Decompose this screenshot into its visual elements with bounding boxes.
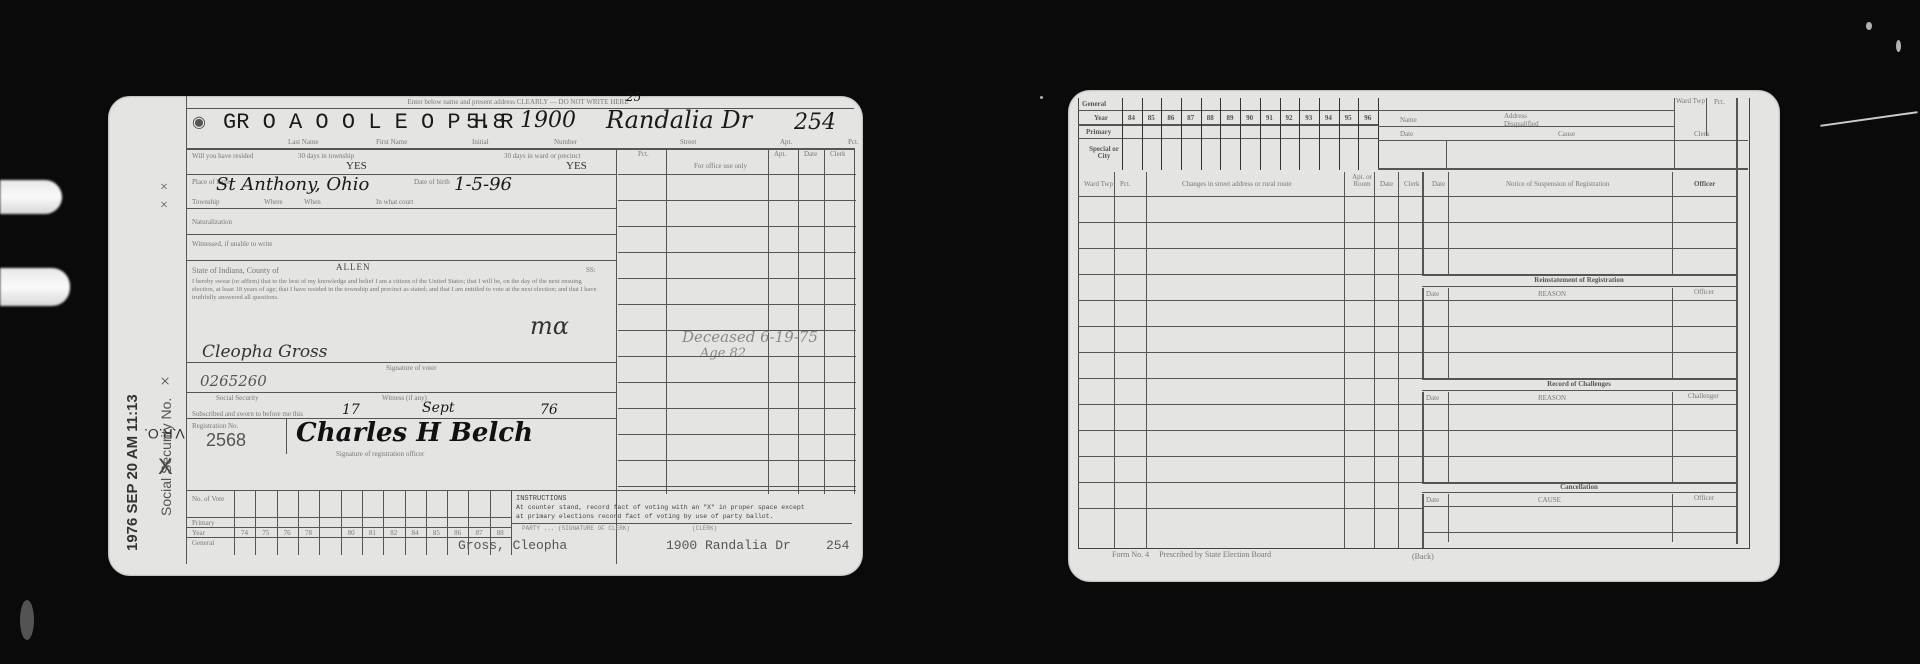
- back-vote-grid: General Year Primary Special or City 84 …: [1078, 98, 1379, 170]
- back-side-label: (Back): [1412, 552, 1434, 561]
- witness-label: Witnessed, if unable to write: [192, 240, 272, 248]
- ss-label: SS:: [586, 266, 596, 274]
- office-date-header: Date: [804, 150, 817, 158]
- table-header: Clerk: [1404, 180, 1420, 188]
- registration-no-field[interactable]: 2568: [206, 430, 246, 451]
- vro-mark: V.R.O.: [144, 426, 185, 442]
- subscribed-day-field[interactable]: 17: [342, 402, 360, 418]
- registration-card-front: 1976 SEP 20 AM 11:13 Social Security No.…: [108, 96, 863, 576]
- table-header: Date: [1432, 180, 1445, 188]
- table-header: Date: [1380, 180, 1393, 188]
- instructions-line: at primary elections record fact of voti…: [516, 513, 773, 520]
- ward-twp-label: Ward Twp: [1676, 98, 1705, 105]
- rule: [186, 234, 616, 235]
- county-field[interactable]: ALLEN: [336, 262, 371, 272]
- grid-row-label: General: [192, 539, 214, 547]
- precinct-field[interactable]: 254: [794, 110, 836, 135]
- disqualified-block: Name Address Disqualified Date Cause War…: [1378, 98, 1748, 170]
- name-label: Name: [1400, 116, 1417, 124]
- initial-label: Initial: [472, 138, 489, 146]
- form-number-footer: Form No. 4 Prescribed by State Election …: [1112, 550, 1271, 559]
- registrar-signature[interactable]: Charles H Belch: [296, 418, 533, 448]
- cancellation-title: Cancellation: [1422, 483, 1736, 491]
- table-header: Pct.: [1120, 180, 1131, 188]
- table-header: Challenger: [1688, 392, 1719, 400]
- birthplace-field[interactable]: St Anthony, Ohio: [216, 174, 369, 195]
- grid-row-label: Primary: [1086, 128, 1111, 136]
- table-header: Officer: [1694, 180, 1715, 188]
- witness-sub-label: Witness (if any): [382, 394, 427, 402]
- table-header: Ward Twp: [1084, 180, 1113, 188]
- last-name-label: Last Name: [288, 138, 319, 146]
- birthdate-label: Date of birth: [414, 178, 450, 186]
- instructions-title: INSTRUCTIONS: [516, 495, 566, 503]
- grid-row-label: No. of Vote: [192, 495, 224, 503]
- office-apt-header: Apt.: [774, 150, 786, 158]
- x-tick-mark: ×: [160, 180, 168, 196]
- table-header: REASON: [1538, 290, 1566, 298]
- challenges-title: Record of Challenges: [1422, 380, 1736, 388]
- age-note: Age 82: [700, 346, 746, 361]
- initial-field[interactable]: 5.8: [466, 110, 506, 135]
- typed-footer-name: Gross, Cleopha: [458, 538, 567, 553]
- grid-row-label: Special or City: [1084, 146, 1124, 160]
- ssn-field[interactable]: 0265260: [200, 372, 267, 390]
- received-date-stamp: 1976 SEP 20 AM 11:13: [124, 394, 141, 551]
- dust-speck: [1040, 96, 1043, 99]
- rule: [186, 260, 616, 261]
- binder-tab: [0, 180, 62, 214]
- resided-question-label: Will you have resided: [192, 152, 253, 160]
- binder-tab: [0, 268, 70, 306]
- registration-card-back: General Year Primary Special or City 84 …: [1068, 90, 1780, 582]
- back-grid-year-columns: 84 85 86 87 88 89 90 91 92 93 94 95 96: [1122, 98, 1378, 170]
- days-township-value[interactable]: YES: [346, 160, 367, 172]
- x-tick-mark: ×: [160, 198, 168, 214]
- birth-sub-label: Where: [264, 198, 283, 206]
- table-header: Date: [1426, 496, 1439, 504]
- birth-sub-label: In what court: [376, 198, 413, 206]
- table-header: Officer: [1694, 288, 1714, 296]
- table-header: CAUSE: [1538, 496, 1561, 504]
- birth-sub-label: When: [304, 198, 321, 206]
- eye-seal-icon: ◉: [192, 112, 206, 132]
- table-header: Officer: [1694, 494, 1714, 502]
- ssn-label: Social Security: [216, 394, 259, 402]
- grid-row-label: Year: [1094, 114, 1108, 122]
- instructions-party-line: PARTY ... (SIGNATURE OF CLERK): [522, 525, 630, 532]
- instructions-clerk-line: (CLERK): [692, 525, 717, 532]
- initials-mark: mα: [530, 312, 569, 340]
- grid-row-label: Year: [192, 529, 205, 537]
- oath-text: I hereby swear (or affirm) that to the b…: [192, 278, 602, 302]
- cause-label: Cause: [1558, 130, 1575, 138]
- first-name-label: First Name: [376, 138, 407, 146]
- grid-row-label: General: [1082, 100, 1106, 108]
- header-instructions: Enter below name and present address CLE…: [188, 98, 848, 106]
- address-label: Address: [1504, 112, 1527, 120]
- grid-row-label: Primary: [192, 519, 215, 527]
- typed-footer-address: 1900 Randalia Dr: [666, 538, 791, 553]
- table-header: Notice of Suspension of Registration: [1506, 180, 1609, 188]
- date-label: Date: [1400, 130, 1413, 138]
- registrar-signature-label: Signature of registration officer: [336, 450, 424, 458]
- rule: [186, 208, 616, 209]
- office-clerk-header: Clerk: [830, 150, 846, 158]
- birth-sub-label: Township: [192, 198, 220, 206]
- table-header: Changes in street address or rural route: [1182, 180, 1292, 188]
- office-use-header: For office use only: [694, 162, 747, 170]
- x-mark: X: [158, 454, 173, 480]
- dust-speck: [20, 600, 34, 640]
- address-changes-table: Ward Twp Pct. Changes in street address …: [1078, 172, 1448, 548]
- applicant-signature[interactable]: Cleopha Gross: [202, 342, 328, 362]
- rule: [186, 362, 616, 363]
- days-precinct-label: 30 days in ward or precinct: [504, 152, 580, 160]
- street-field[interactable]: Randalia Dr: [606, 106, 752, 134]
- suspension-sections: Date Notice of Suspension of Registratio…: [1422, 172, 1748, 548]
- naturalization-label: Naturalization: [192, 218, 232, 226]
- pct-label: Pct.: [1714, 98, 1725, 106]
- scratch-line: [1820, 111, 1917, 127]
- rule: [186, 392, 616, 393]
- signature-voter-label: Signature of voter: [386, 364, 437, 372]
- number-label: Number: [554, 138, 577, 146]
- typed-footer-precinct: 254: [826, 538, 849, 553]
- x-tick-mark: ×: [160, 371, 170, 392]
- birthdate-field[interactable]: 1-5-96: [454, 174, 512, 195]
- instructions-line: At counter stand, record fact of voting …: [516, 504, 805, 511]
- table-header: REASON: [1538, 394, 1566, 402]
- state-county-label: State of Indiana, County of: [192, 266, 279, 275]
- subscribed-label: Subscribed and sworn to before me this: [192, 410, 303, 418]
- office-use-panel: Pct. For office use only Apt. Date Clerk…: [618, 148, 856, 414]
- clerk-label: Clerk: [1694, 130, 1710, 138]
- pct-label: Pct.: [848, 138, 859, 146]
- days-precinct-value[interactable]: YES: [566, 160, 587, 172]
- apt-label: Apt.: [780, 138, 792, 146]
- table-header: Date: [1426, 290, 1439, 298]
- table-header: Date: [1426, 394, 1439, 402]
- reinstatement-title: Reinstatement of Registration: [1422, 276, 1736, 284]
- ward-mark: 25: [626, 90, 641, 104]
- street-label: Street: [680, 138, 696, 146]
- subscribed-month-field[interactable]: Sept: [422, 400, 454, 416]
- office-pct-header: Pct.: [638, 150, 649, 158]
- dust-speck: [1866, 22, 1872, 30]
- days-township-label: 30 days in township: [298, 152, 354, 160]
- house-number-field[interactable]: 1900: [520, 108, 576, 133]
- table-header: Apt. or Room: [1350, 174, 1374, 188]
- dust-speck: [1896, 40, 1901, 52]
- subscribed-year-field[interactable]: 76: [540, 402, 558, 418]
